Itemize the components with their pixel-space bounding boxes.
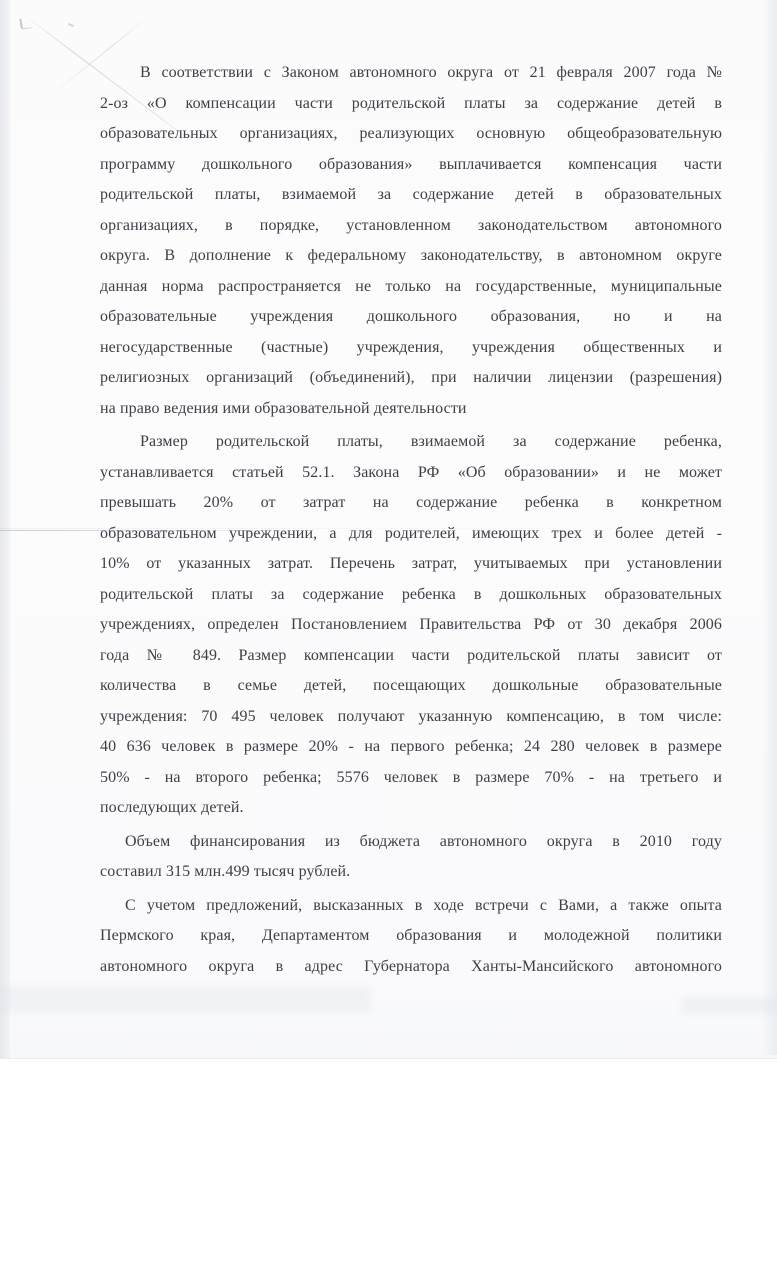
text-line: Размер родительской платы, взимаемой за … [100,427,722,458]
pen-corner-mark [68,23,74,27]
paragraph-fee-size: Размер родительской платы, взимаемой за … [100,427,722,824]
paragraph-proposals: С учетом предложений, высказанных в ходе… [100,891,722,983]
scan-shadow-band [0,986,370,1012]
text-line: родительской платы за содержание ребенка… [100,580,722,611]
text-line: негосударственные (частные) учреждения, … [100,333,722,364]
text-line: составил 315 млн.499 тысяч рублей. [100,857,722,888]
paper-sheet: В соответствии с Законом автономного окр… [0,0,777,1059]
text-line: автономного округа в адрес Губернатора Х… [100,952,722,983]
text-line: 10% от указанных затрат. Перечень затрат… [100,549,722,580]
text-line: последующих детей. [100,793,722,824]
text-line: организациях, в порядке, установленном з… [100,211,722,242]
document-body-text: В соответствии с Законом автономного окр… [100,58,722,985]
text-line: данная норма распространяется не только … [100,272,722,303]
text-line: С учетом предложений, высказанных в ходе… [100,891,722,922]
text-line: учреждения: 70 495 человек получают указ… [100,702,722,733]
text-line: 2-оз «О компенсации части родительской п… [100,89,722,120]
text-line: образовательные учреждения дошкольного о… [100,302,722,333]
text-line: учреждениях, определен Постановлением Пр… [100,610,722,641]
text-line: превышать 20% от затрат на содержание ре… [100,488,722,519]
text-line: Пермского края, Департаментом образовани… [100,921,722,952]
text-line: округа. В дополнение к федеральному зако… [100,241,722,272]
text-line: года № 849. Размер компенсации части род… [100,641,722,672]
text-line: 50% - на второго ребенка; 5576 человек в… [100,763,722,794]
text-line: 40 636 человек в размере 20% - на первог… [100,732,722,763]
text-line: количества в семье детей, посещающих дош… [100,671,722,702]
paragraph-budget: Объем финансирования из бюджета автономн… [100,827,722,888]
paragraph-law-compensation: В соответствии с Законом автономного окр… [100,58,722,424]
scan-shadow-band [682,998,777,1014]
scan-edge-shadow-left [0,0,13,1058]
scanned-document-screenshot: В соответствии с Законом автономного окр… [0,0,777,1280]
text-line: устанавливается статьей 52.1. Закона РФ … [100,458,722,489]
text-line: образовательных организациях, реализующи… [100,119,722,150]
text-line: В соответствии с Законом автономного окр… [100,58,722,89]
scan-edge-shadow-right [762,0,777,1055]
text-line: на право ведения ими образовательной дея… [100,394,722,425]
text-line: программу дошкольного образования» выпла… [100,150,722,181]
text-line: образовательном учреждении, а для родите… [100,519,722,550]
text-line: родительской платы, взимаемой за содержа… [100,180,722,211]
pen-corner-mark [19,17,31,29]
text-line: Объем финансирования из бюджета автономн… [100,827,722,858]
text-line: религиозных организаций (объединений), п… [100,363,722,394]
